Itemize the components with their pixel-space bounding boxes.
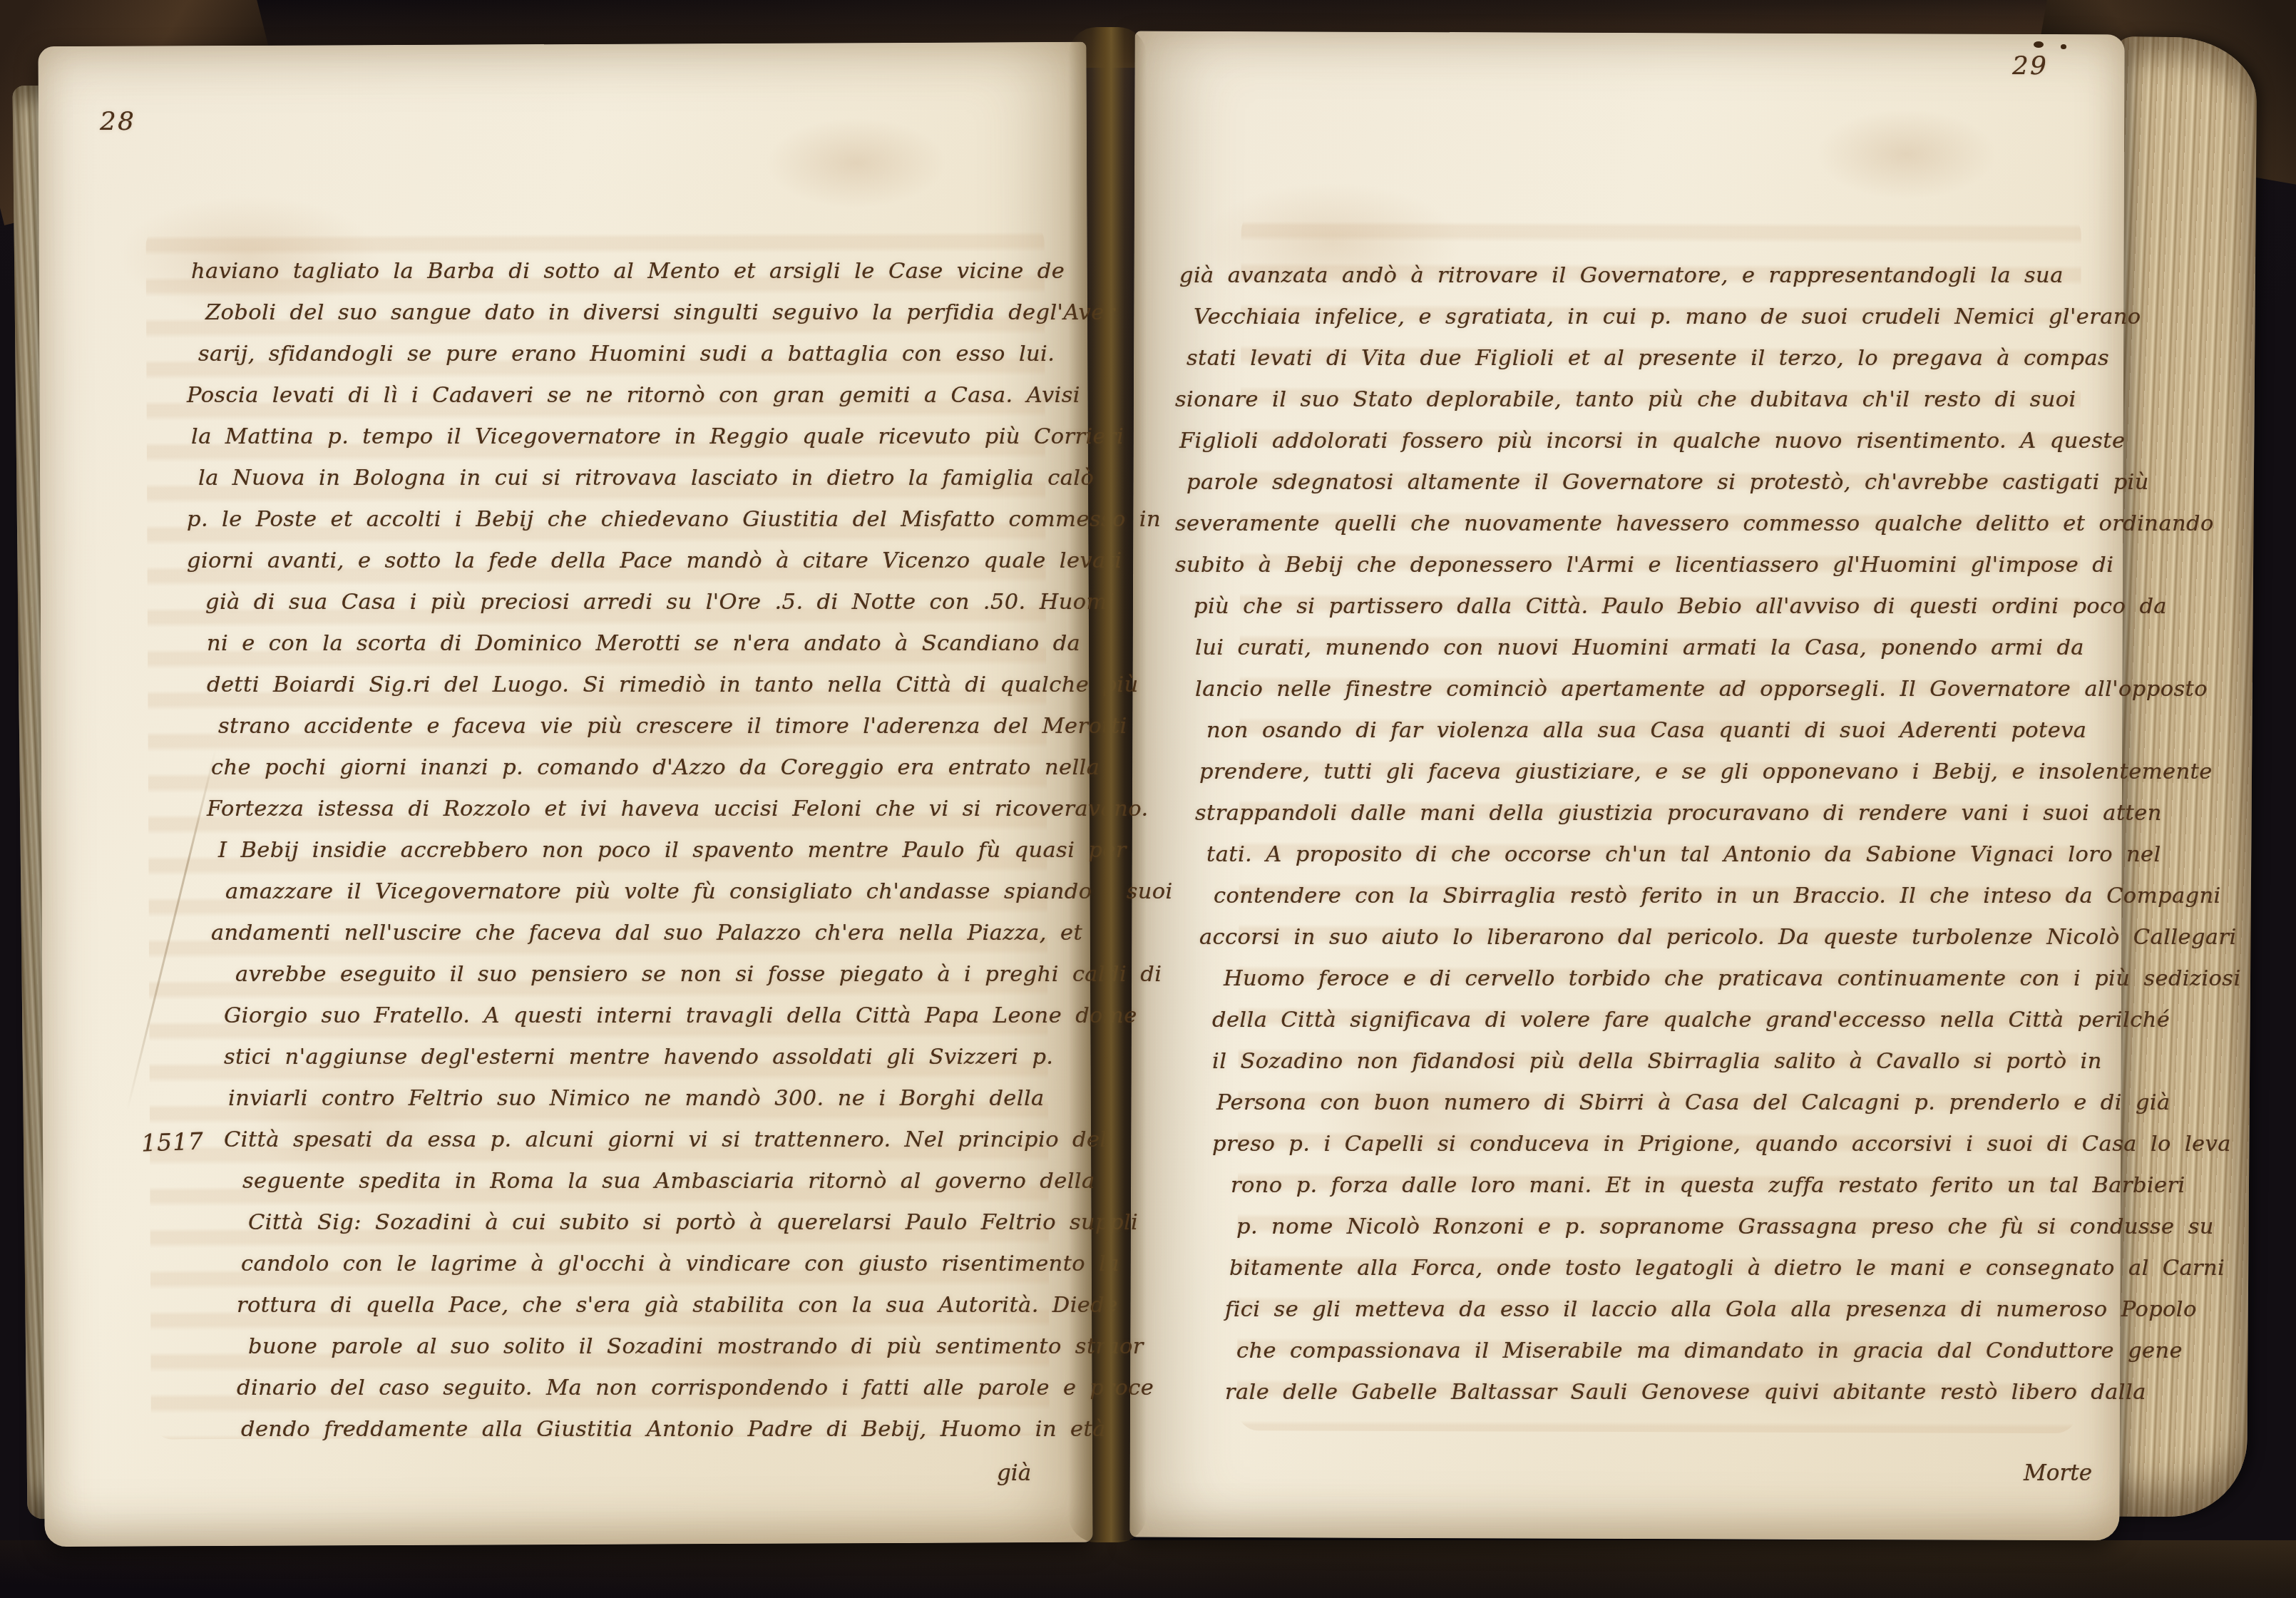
manuscript-text-line: già di sua Casa i più preciosi arredi su… [187,582,1060,623]
manuscript-text-line: seguente spedita in Roma la sua Ambascia… [224,1161,1060,1202]
page-number-right: 29 [2012,51,2048,81]
right-page-text-block: già avanzata andò à ritrovare il Governa… [1175,255,2102,1413]
manuscript-text-line: ni e con la scorta di Dominico Merotti s… [207,623,1060,665]
manuscript-text-line: prendere, tutti gli faceva giustiziare, … [1195,752,2102,793]
manuscript-text-line: dendo freddamente alla Giustitia Antonio… [237,1409,1060,1450]
manuscript-text-line: inviarli contro Feltrio suo Nimico ne ma… [224,1078,1060,1120]
book-gutter-shadow [1068,27,1147,1542]
ink-speck [2034,41,2044,48]
manuscript-text-line: Città Sig: Sozadini à cui subito si port… [237,1202,1060,1244]
manuscript-photo: 28 1517 haviano tagliato la Barba di sot… [0,0,2296,1598]
manuscript-text-line: subito à Bebij che deponessero l'Armi e … [1175,545,2102,586]
page-number-left: 28 [100,107,135,136]
manuscript-text-line: accorsi in suo aiuto lo liberarono dal p… [1195,917,2102,958]
ink-speck [2061,44,2066,49]
manuscript-text-line: amazzare il Vicegovernatore più volte fù… [207,871,1060,913]
manuscript-text-line: la Nuova in Bologna in cui si ritrovava … [187,458,1060,499]
manuscript-text-line: stati levati di Vita due Figlioli et al … [1175,338,2102,379]
catchword-right: Morte [2024,1460,2092,1486]
manuscript-text-line: che compassionava il Miserabile ma diman… [1225,1331,2102,1372]
manuscript-text-line: Città spesati da essa p. alcuni giorni v… [224,1120,1060,1161]
manuscript-text-line: Zoboli del suo sangue dato in diversi si… [187,292,1060,334]
manuscript-text-line: fici se gli metteva da esso il laccio al… [1225,1289,2102,1331]
manuscript-text-line: che pochi giorni inanzi p. comando d'Azz… [207,747,1060,789]
manuscript-text-line: Huomo feroce e di cervello torbido che p… [1212,958,2102,1000]
manuscript-text-line: tati. A proposito di che occorse ch'un t… [1195,834,2102,876]
manuscript-text-line: contendere con la Sbirraglia restò ferit… [1195,876,2102,917]
leather-cover-bottom-edge [0,1540,2296,1598]
manuscript-text-line: già avanzata andò à ritrovare il Governa… [1175,255,2102,297]
manuscript-text-line: strano accidente e faceva vie più cresce… [207,706,1060,747]
manuscript-text-line: andamenti nell'uscire che faceva dal suo… [207,913,1060,954]
manuscript-text-line: il Sozadino non fidandosi più della Sbir… [1212,1041,2102,1082]
manuscript-text-line: severamente quelli che nuovamente havess… [1175,503,2102,545]
manuscript-text-line: sionare il suo Stato deplorabile, tanto … [1175,379,2102,421]
manuscript-text-line: sarij, sfidandogli se pure erano Huomini… [187,334,1060,375]
left-page-text-block: haviano tagliato la Barba di sotto al Me… [187,251,1060,1450]
manuscript-text-line: più che si partissero dalla Città. Paulo… [1175,586,2102,628]
manuscript-text-line: dinario del caso seguito. Ma non corrisp… [237,1368,1060,1409]
manuscript-text-line: giorni avanti, e sotto la fede della Pac… [187,541,1060,582]
manuscript-text-line: la Mattina p. tempo il Vicegovernatore i… [187,416,1060,458]
manuscript-text-line: non osando di far violenza alla sua Casa… [1195,710,2102,752]
manuscript-text-line: parole sdegnatosi altamente il Governato… [1175,462,2102,503]
manuscript-text-line: strappandoli dalle mani della giustizia … [1195,793,2102,834]
manuscript-text-line: haviano tagliato la Barba di sotto al Me… [187,251,1060,292]
manuscript-text-line: Persona con buon numero di Sbirri à Casa… [1212,1082,2102,1124]
manuscript-text-line: stici n'aggiunse degl'esterni mentre hav… [224,1037,1060,1078]
manuscript-text-line: detti Boiardi Sig.ri del Luogo. Si rimed… [207,665,1060,706]
manuscript-text-line: p. le Poste et accolti i Bebij che chied… [187,499,1060,541]
manuscript-text-line: p. nome Nicolò Ronzoni e p. sopranome Gr… [1225,1207,2102,1248]
catchword-left: già [997,1460,1031,1486]
manuscript-text-line: rale delle Gabelle Baltassar Sauli Genov… [1225,1372,2102,1413]
manuscript-text-line: della Città significava di volere fare q… [1212,1000,2102,1041]
manuscript-text-line: bitamente alla Forca, onde tosto legatog… [1225,1248,2102,1289]
manuscript-text-line: Giorgio suo Fratello. A questi interni t… [224,995,1060,1037]
manuscript-text-line: rottura di quella Pace, che s'era già st… [237,1285,1060,1326]
manuscript-text-line: Poscia levati di lì i Cadaveri se ne rit… [187,375,1060,416]
manuscript-text-line: Fortezza istessa di Rozzolo et ivi havev… [207,789,1060,830]
manuscript-text-line: preso p. i Capelli si conduceva in Prigi… [1212,1124,2102,1165]
manuscript-text-line: candolo con le lagrime à gl'occhi à vind… [237,1244,1060,1285]
manuscript-text-line: Figlioli addolorati fossero più incorsi … [1175,421,2102,462]
manuscript-text-line: avrebbe eseguito il suo pensiero se non … [224,954,1060,995]
manuscript-text-line: lancio nelle finestre cominciò apertamen… [1195,669,2102,710]
manuscript-text-line: buone parole al suo solito il Sozadini m… [237,1326,1060,1368]
manuscript-text-line: I Bebij insidie accrebbero non poco il s… [207,830,1060,871]
manuscript-text-line: lui curati, munendo con nuovi Huomini ar… [1195,628,2102,669]
manuscript-text-line: Vecchiaia infelice, e sgratiata, in cui … [1175,297,2102,338]
manuscript-text-line: rono p. forza dalle loro mani. Et in que… [1212,1165,2102,1207]
